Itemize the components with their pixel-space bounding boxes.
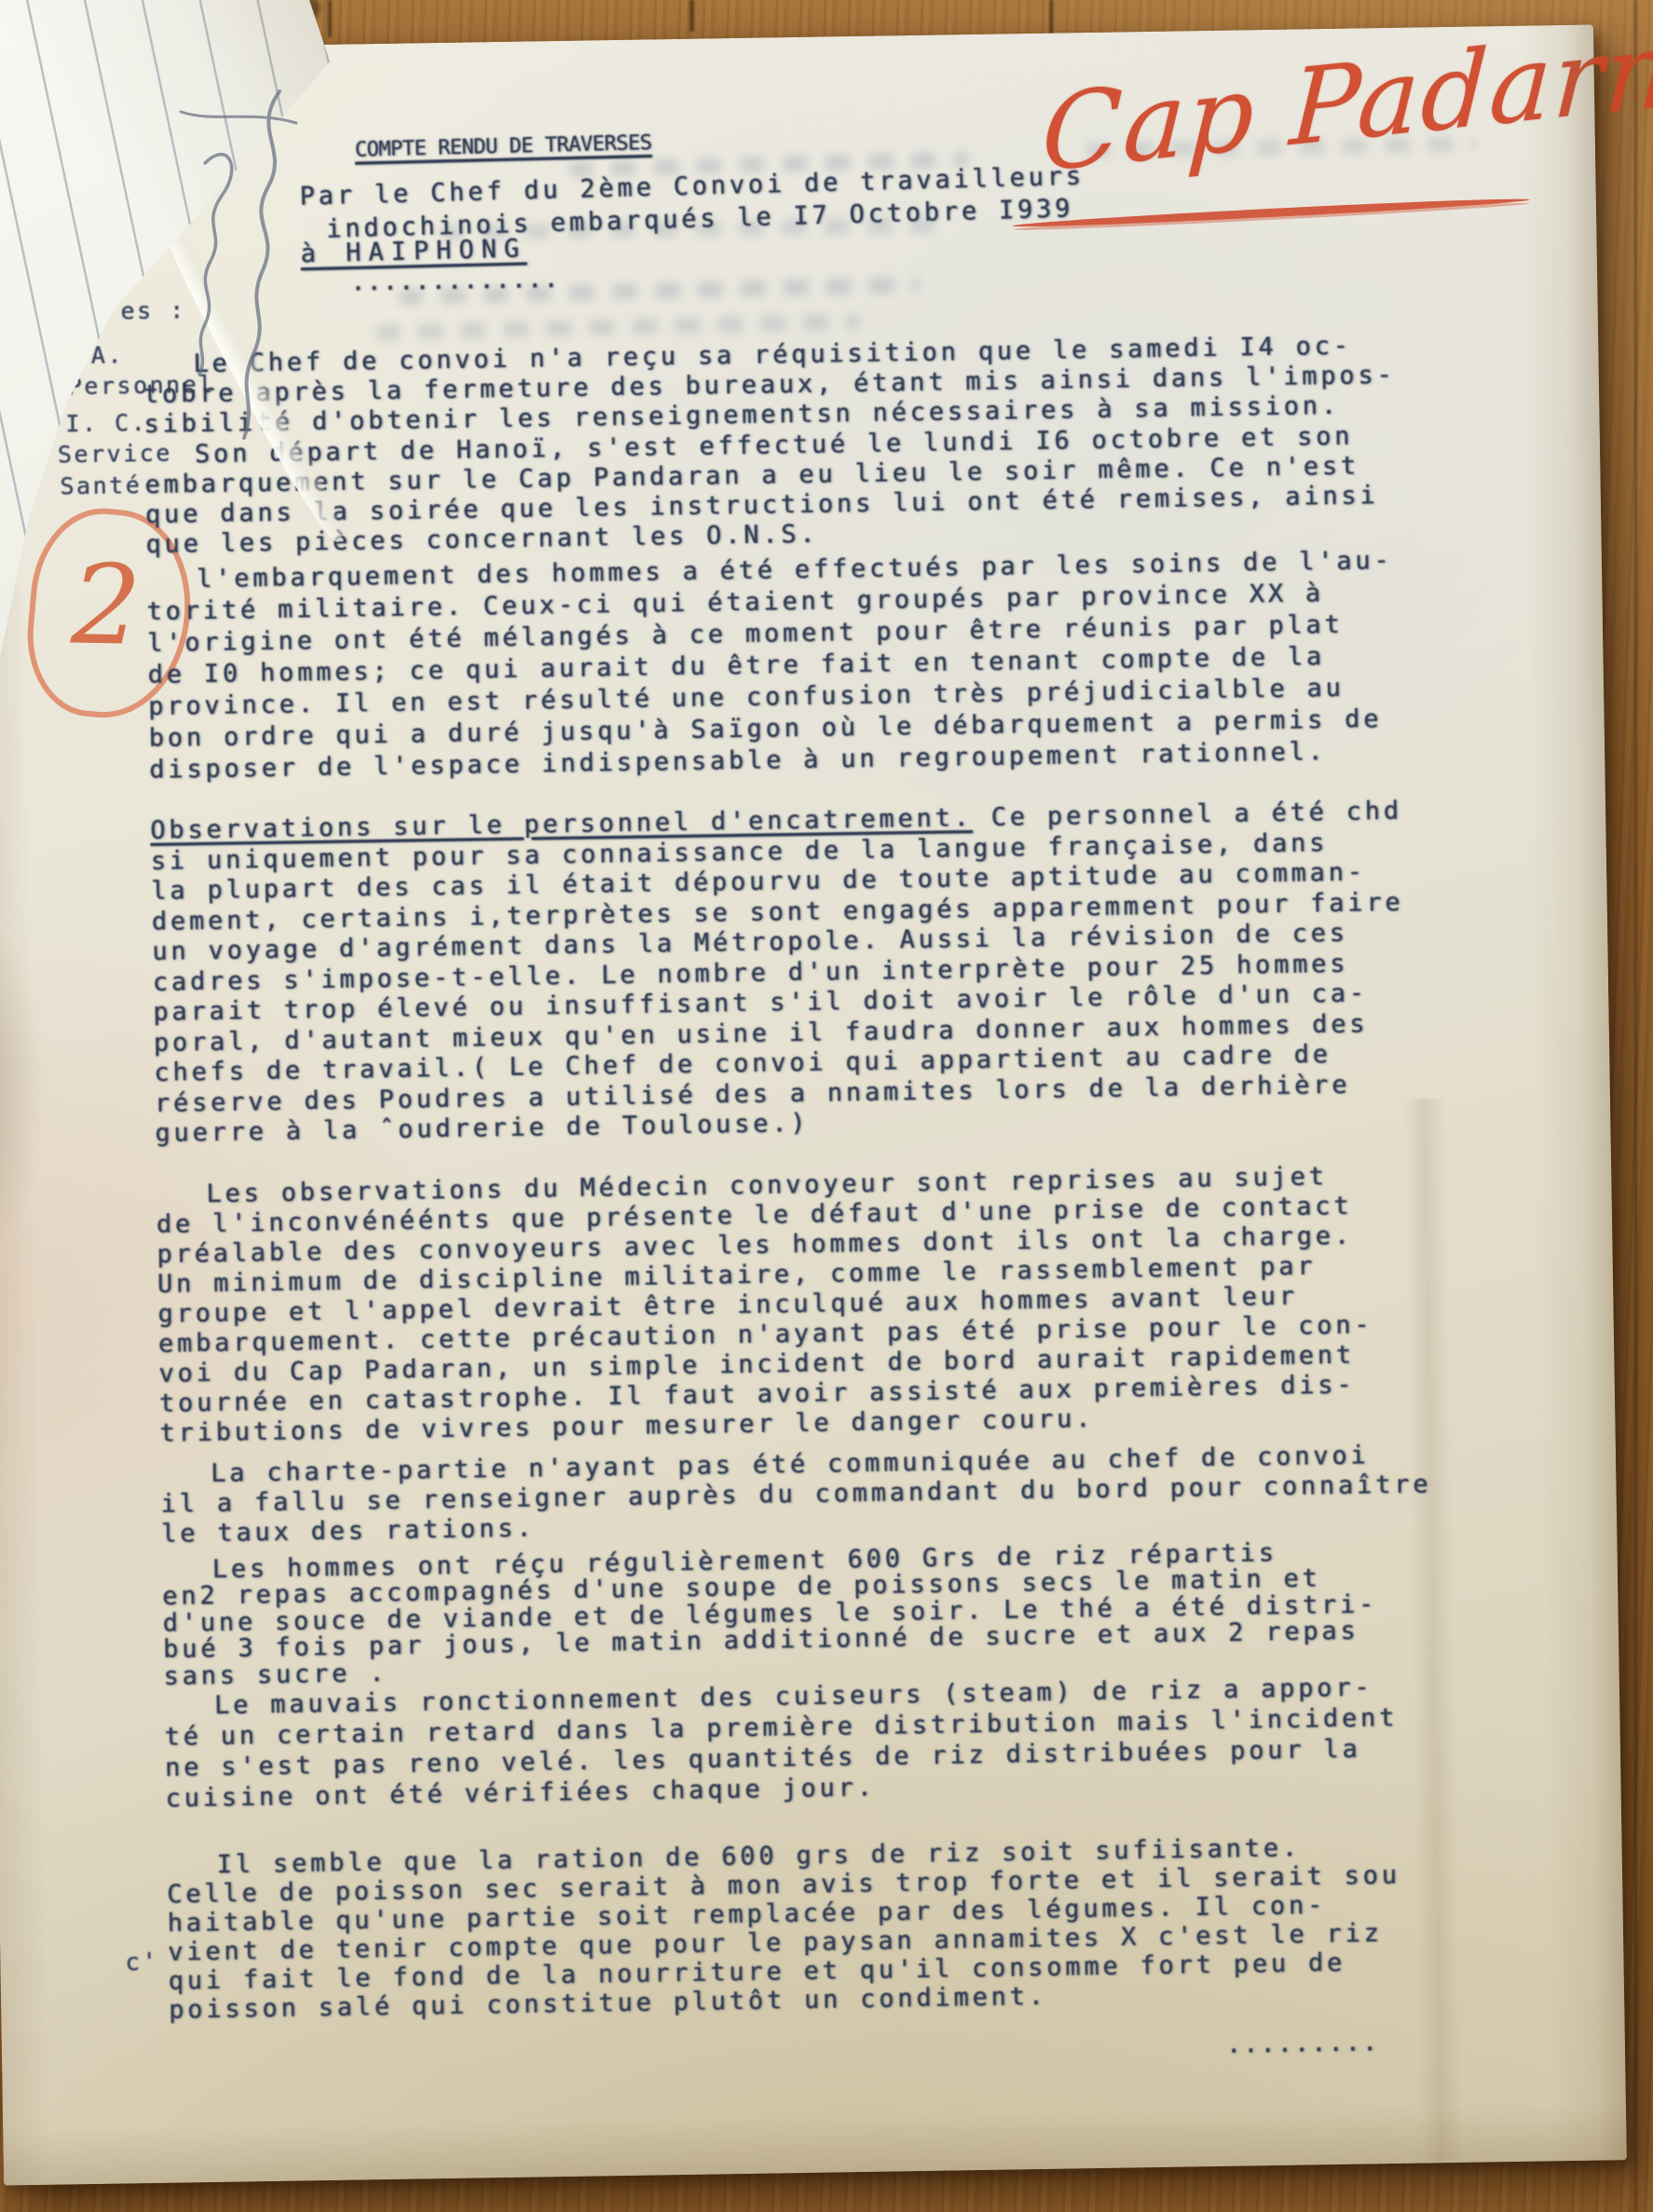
typewritten-body: Le Chef de convoi n'a reçu sa réquisitio… (143, 328, 1591, 2077)
margin-note: I. C. (65, 409, 147, 437)
paragraph: Les hommes ont réçu régulièrement 600 Gr… (162, 1535, 1585, 1689)
ink-bleedthrough (376, 314, 860, 340)
paragraph: l'embarquement des hommes a été effectué… (146, 542, 1571, 786)
wood-plank-groove (690, 0, 694, 32)
paragraph-text: Ce personnel a été chd si uniquement pou… (151, 797, 1404, 1148)
document-title: COMPTE RENDU DE TRAVERSES (355, 131, 652, 162)
paragraph-with-heading: Observations sur le personnel d'encatrem… (150, 794, 1576, 1149)
title-separator: ............. (350, 265, 560, 297)
ending-dots: ......... (1226, 2025, 1591, 2060)
paper-crease (0, 867, 130, 1298)
paragraph: La charte-partie n'ayant pas été communi… (160, 1437, 1582, 1549)
paragraph: Le mauvais ronctionnement des cuiseurs (… (164, 1669, 1587, 1814)
paragraph: Les observations du Médecin convoyeur so… (156, 1157, 1580, 1448)
margin-note-letter: c' (125, 1948, 159, 1977)
handwritten-ship-name: Cap Padarn (1035, 16, 1602, 271)
paragraph: Il semble que la ration de 600 grs de ri… (166, 1829, 1590, 2025)
wood-plank-groove (328, 0, 332, 37)
desk-photo: COMPTE RENDU DE TRAVERSES Par le Chef du… (0, 0, 1653, 2212)
margin-note: Santé (60, 471, 142, 499)
pencil-scribble (140, 75, 363, 466)
page-number: 2 (70, 539, 143, 669)
wood-plank-groove (1634, 0, 1637, 2212)
